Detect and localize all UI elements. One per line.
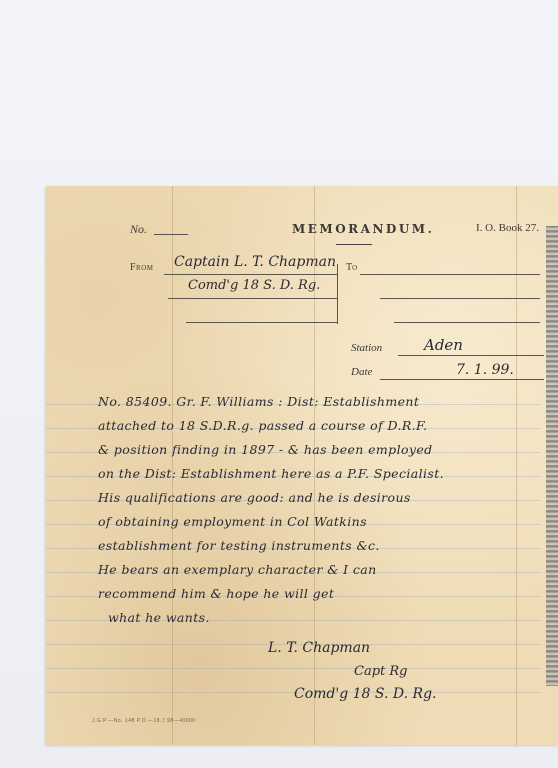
body-line: what he wants. bbox=[108, 610, 210, 625]
from-line-3 bbox=[186, 322, 338, 323]
body-line: attached to 18 S.D.R.g. passed a course … bbox=[98, 418, 428, 433]
body-line: & position finding in 1897 - & has been … bbox=[98, 442, 433, 457]
ruled-line bbox=[46, 668, 540, 669]
date-value: 7. 1. 99. bbox=[456, 362, 514, 378]
body-line: of obtaining employment in Col Watkins bbox=[98, 514, 367, 529]
from-label: From bbox=[130, 262, 154, 273]
number-label: No. bbox=[130, 222, 147, 237]
to-label: To bbox=[346, 262, 357, 273]
station-line bbox=[398, 355, 544, 356]
printer-imprint: J.G.P.—No. 148 P.O.—18.7.98—40000 bbox=[92, 718, 196, 724]
to-line-2 bbox=[380, 298, 540, 299]
date-label: Date bbox=[351, 366, 372, 378]
signature-name: L. T. Chapman bbox=[268, 640, 370, 656]
body-line: His qualifications are good: and he is d… bbox=[98, 490, 411, 505]
spiral-binding bbox=[546, 226, 558, 686]
to-line-1 bbox=[360, 274, 540, 275]
from-line-1 bbox=[164, 274, 338, 275]
body-line: No. 85409. Gr. F. Williams : Dist: Estab… bbox=[98, 394, 419, 409]
body-line: establishment for testing instruments &c… bbox=[98, 538, 380, 553]
fold-line bbox=[516, 186, 517, 745]
from-line-2 bbox=[168, 298, 338, 299]
ruled-line bbox=[46, 692, 540, 693]
signature-rank: Capt Rg bbox=[354, 664, 408, 679]
from-name: Captain L. T. Chapman bbox=[174, 254, 336, 270]
signature-unit: Comd'g 18 S. D. Rg. bbox=[294, 686, 436, 702]
number-line bbox=[154, 234, 188, 235]
body-line: recommend him & hope he will get bbox=[98, 586, 334, 601]
title-underline bbox=[336, 244, 372, 245]
from-unit: Comd'g 18 S. D. Rg. bbox=[188, 278, 320, 293]
date-line bbox=[380, 379, 544, 380]
memorandum-sheet: No. MEMORANDUM. I. O. Book 27. From Capt… bbox=[46, 186, 558, 745]
station-label: Station bbox=[351, 342, 382, 354]
book-reference: I. O. Book 27. bbox=[476, 222, 539, 234]
body-line: He bears an exemplary character & I can bbox=[98, 562, 377, 577]
station-value: Aden bbox=[424, 336, 463, 354]
memo-title: MEMORANDUM. bbox=[292, 222, 434, 236]
body-line: on the Dist: Establishment here as a P.F… bbox=[98, 466, 444, 481]
from-to-divider bbox=[337, 264, 338, 324]
to-line-3 bbox=[394, 322, 540, 323]
